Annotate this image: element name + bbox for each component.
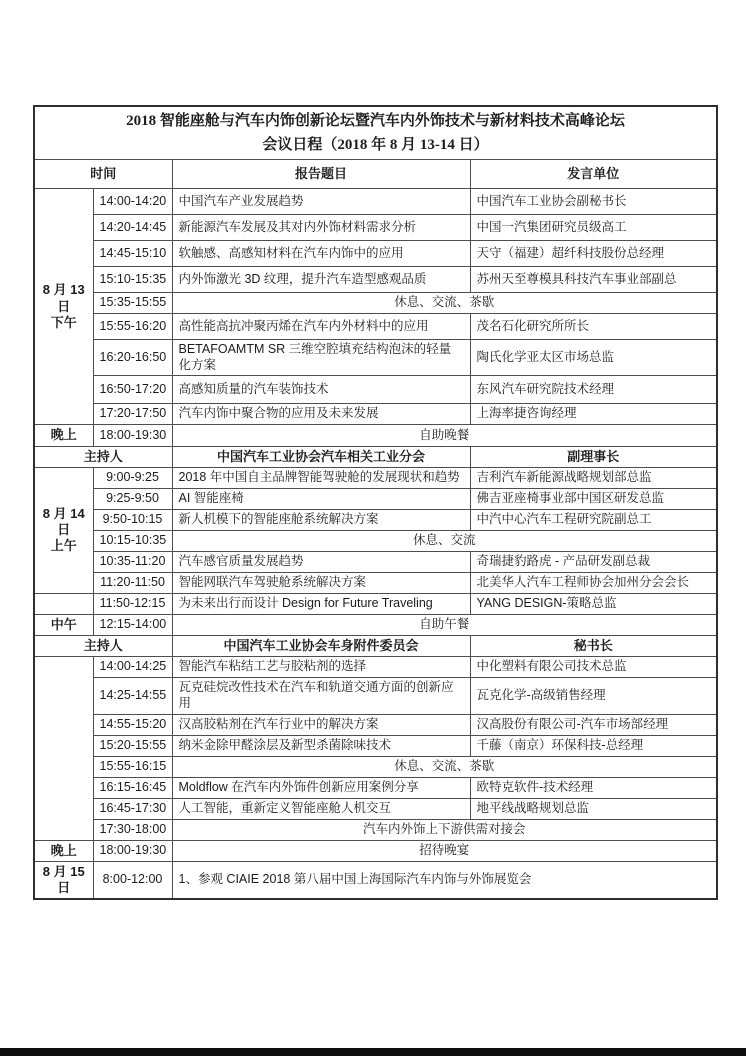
date-cell: 晚上 bbox=[34, 840, 93, 861]
document-page: { "document": { "title_line1": "2018 智能座… bbox=[0, 0, 746, 1056]
time-cell: 11:50-12:15 bbox=[93, 593, 172, 614]
speaker-cell: 欧特克软件-技术经理 bbox=[470, 777, 717, 798]
time-cell: 14:55-15:20 bbox=[93, 714, 172, 735]
time-cell: 18:00-19:30 bbox=[93, 840, 172, 861]
schedule-row: 8 月 13 日 下午14:00-14:20中国汽车产业发展趋势中国汽车工业协会… bbox=[34, 189, 717, 215]
merged-cell: 休息、交流、茶歇 bbox=[172, 293, 717, 314]
merged-cell: 自助午餐 bbox=[172, 614, 717, 635]
speaker-cell: 中国一汽集团研究员级高工 bbox=[470, 215, 717, 241]
time-cell: 18:00-19:30 bbox=[93, 425, 172, 446]
speaker-cell: 茂名石化研究所所长 bbox=[470, 314, 717, 340]
topic-cell: 智能网联汽车驾驶舱系统解决方案 bbox=[172, 572, 470, 593]
time-cell: 16:45-17:30 bbox=[93, 798, 172, 819]
schedule-row: 15:55-16:20高性能高抗冲聚丙烯在汽车内外材料中的应用茂名石化研究所所长 bbox=[34, 314, 717, 340]
schedule-row: 16:20-16:50BETAFOAMTM SR 三维空腔填充结构泡沫的轻量化方… bbox=[34, 340, 717, 376]
date-cell: 晚上 bbox=[34, 425, 93, 446]
schedule-row: 10:35-11:20汽车感官质量发展趋势奇瑞捷豹路虎 - 产品研发副总裁 bbox=[34, 551, 717, 572]
topic-cell: Moldflow 在汽车内外饰件创新应用案例分享 bbox=[172, 777, 470, 798]
speaker-cell: 北美华人汽车工程师协会加州分会会长 bbox=[470, 572, 717, 593]
time-cell: 15:20-15:55 bbox=[93, 735, 172, 756]
schedule-row: 14:55-15:20汉高胶粘剂在汽车行业中的解决方案汉高股份有限公司-汽车市场… bbox=[34, 714, 717, 735]
topic-cell: 软触感、高感知材料在汽车内饰中的应用 bbox=[172, 241, 470, 267]
schedule-row: 15:55-16:15休息、交流、茶歇 bbox=[34, 756, 717, 777]
topic-cell: 汽车内饰中聚合物的应用及未来发展 bbox=[172, 404, 470, 425]
speaker-cell: 中汽中心汽车工程研究院副总工 bbox=[470, 509, 717, 530]
date-cell: 中午 bbox=[34, 614, 93, 635]
schedule-row: 9:25-9:50AI 智能座椅佛吉亚座椅事业部中国区研发总监 bbox=[34, 488, 717, 509]
schedule-row: 14:45-15:10软触感、高感知材料在汽车内饰中的应用天守（福建）超纤科技股… bbox=[34, 241, 717, 267]
topic-cell: 高性能高抗冲聚丙烯在汽车内外材料中的应用 bbox=[172, 314, 470, 340]
speaker-cell: 瓦克化学-高级销售经理 bbox=[470, 678, 717, 714]
moderator-cell: 主持人 bbox=[34, 636, 172, 657]
schedule-row: 14:20-14:45新能源汽车发展及其对内外饰材料需求分析中国一汽集团研究员级… bbox=[34, 215, 717, 241]
bottom-bar bbox=[0, 1048, 746, 1056]
schedule-row: 17:30-18:00汽车内外饰上下游供需对接会 bbox=[34, 819, 717, 840]
merged-cell: 招待晚宴 bbox=[172, 840, 717, 861]
column-header-row: 时间 报告题目 发言单位 bbox=[34, 160, 717, 189]
topic-cell: 中国汽车产业发展趋势 bbox=[172, 189, 470, 215]
date-cell: 8 月 13 日 下午 bbox=[34, 189, 93, 425]
topic-cell: 纳米金除甲醛涂层及新型杀菌除味技术 bbox=[172, 735, 470, 756]
topic-cell: 汉高胶粘剂在汽车行业中的解决方案 bbox=[172, 714, 470, 735]
schedule-row: 10:15-10:35休息、交流 bbox=[34, 530, 717, 551]
topic-cell: 智能汽车粘结工艺与胶粘剂的选择 bbox=[172, 657, 470, 678]
topic-cell: 新能源汽车发展及其对内外饰材料需求分析 bbox=[172, 215, 470, 241]
schedule-row: 中午12:15-14:00自助午餐 bbox=[34, 614, 717, 635]
merged-cell: 1、参观 CIAIE 2018 第八届中国上海国际汽车内饰与外饰展览会 bbox=[172, 861, 717, 899]
schedule-row: 8 月 14 日 上午9:00-9:252018 年中国自主品牌智能驾驶舱的发展… bbox=[34, 467, 717, 488]
column-header-time: 时间 bbox=[34, 160, 172, 189]
topic-cell: AI 智能座椅 bbox=[172, 488, 470, 509]
speaker-cell: 奇瑞捷豹路虎 - 产品研发副总裁 bbox=[470, 551, 717, 572]
schedule-row: 17:20-17:50汽车内饰中聚合物的应用及未来发展上海率捷咨询经理 bbox=[34, 404, 717, 425]
column-header-topic: 报告题目 bbox=[172, 160, 470, 189]
title-row: 2018 智能座舱与汽车内饰创新论坛暨汽车内外饰技术与新材料技术高峰论坛 会议日… bbox=[34, 106, 717, 160]
schedule-row: 16:15-16:45Moldflow 在汽车内外饰件创新应用案例分享欧特克软件… bbox=[34, 777, 717, 798]
schedule-row: 8 月 15 日8:00-12:001、参观 CIAIE 2018 第八届中国上… bbox=[34, 861, 717, 899]
topic-cell: 瓦克硅烷改性技术在汽车和轨道交通方面的创新应用 bbox=[172, 678, 470, 714]
time-cell: 9:50-10:15 bbox=[93, 509, 172, 530]
date-cell bbox=[34, 657, 93, 840]
topic-cell: 人工智能，重新定义智能座舱人机交互 bbox=[172, 798, 470, 819]
moderator-cell: 主持人 bbox=[34, 446, 172, 467]
date-cell: 8 月 14 日 上午 bbox=[34, 467, 93, 593]
schedule-row: 14:00-14:25智能汽车粘结工艺与胶粘剂的选择中化塑料有限公司技术总监 bbox=[34, 657, 717, 678]
time-cell: 17:20-17:50 bbox=[93, 404, 172, 425]
schedule-row: 14:25-14:55瓦克硅烷改性技术在汽车和轨道交通方面的创新应用瓦克化学-高… bbox=[34, 678, 717, 714]
time-cell: 15:55-16:15 bbox=[93, 756, 172, 777]
time-cell: 16:50-17:20 bbox=[93, 376, 172, 404]
speaker-cell: 上海率捷咨询经理 bbox=[470, 404, 717, 425]
time-cell: 15:35-15:55 bbox=[93, 293, 172, 314]
topic-cell: 内外饰激光 3D 纹理，提升汽车造型感观品质 bbox=[172, 267, 470, 293]
schedule-row: 晚上18:00-19:30招待晚宴 bbox=[34, 840, 717, 861]
time-cell: 17:30-18:00 bbox=[93, 819, 172, 840]
schedule-table: 2018 智能座舱与汽车内饰创新论坛暨汽车内外饰技术与新材料技术高峰论坛 会议日… bbox=[33, 105, 718, 900]
merged-cell: 自助晚餐 bbox=[172, 425, 717, 446]
moderator-cell: 中国汽车工业协会汽车相关工业分会 bbox=[172, 446, 470, 467]
time-cell: 16:15-16:45 bbox=[93, 777, 172, 798]
schedule-row: 15:10-15:35内外饰激光 3D 纹理，提升汽车造型感观品质苏州天至尊模具… bbox=[34, 267, 717, 293]
speaker-cell: 佛吉亚座椅事业部中国区研发总监 bbox=[470, 488, 717, 509]
speaker-cell: YANG DESIGN-策略总监 bbox=[470, 593, 717, 614]
schedule-row: 11:20-11:50智能网联汽车驾驶舱系统解决方案北美华人汽车工程师协会加州分… bbox=[34, 572, 717, 593]
topic-cell: 高感知质量的汽车装饰技术 bbox=[172, 376, 470, 404]
speaker-cell: 地平线战略规划总监 bbox=[470, 798, 717, 819]
date-cell: 8 月 15 日 bbox=[34, 861, 93, 899]
schedule-row: 15:20-15:55纳米金除甲醛涂层及新型杀菌除味技术千藤（南京）环保科技-总… bbox=[34, 735, 717, 756]
time-cell: 12:15-14:00 bbox=[93, 614, 172, 635]
schedule-row: 16:50-17:20高感知质量的汽车装饰技术东风汽车研究院技术经理 bbox=[34, 376, 717, 404]
title-line-2: 会议日程（2018 年 8 月 13-14 日） bbox=[45, 133, 706, 157]
schedule-page: 2018 智能座舱与汽车内饰创新论坛暨汽车内外饰技术与新材料技术高峰论坛 会议日… bbox=[33, 105, 716, 900]
topic-cell: BETAFOAMTM SR 三维空腔填充结构泡沫的轻量化方案 bbox=[172, 340, 470, 376]
time-cell: 9:25-9:50 bbox=[93, 488, 172, 509]
merged-cell: 汽车内外饰上下游供需对接会 bbox=[172, 819, 717, 840]
topic-cell: 汽车感官质量发展趋势 bbox=[172, 551, 470, 572]
time-cell: 14:45-15:10 bbox=[93, 241, 172, 267]
time-cell: 10:35-11:20 bbox=[93, 551, 172, 572]
merged-cell: 休息、交流 bbox=[172, 530, 717, 551]
topic-cell: 新人机模下的智能座舱系统解决方案 bbox=[172, 509, 470, 530]
time-cell: 14:25-14:55 bbox=[93, 678, 172, 714]
time-cell: 10:15-10:35 bbox=[93, 530, 172, 551]
conference-title: 2018 智能座舱与汽车内饰创新论坛暨汽车内外饰技术与新材料技术高峰论坛 会议日… bbox=[34, 106, 717, 160]
speaker-cell: 千藤（南京）环保科技-总经理 bbox=[470, 735, 717, 756]
time-cell: 14:00-14:20 bbox=[93, 189, 172, 215]
schedule-row: 15:35-15:55休息、交流、茶歇 bbox=[34, 293, 717, 314]
moderator-cell: 中国汽车工业协会车身附件委员会 bbox=[172, 636, 470, 657]
time-cell: 15:10-15:35 bbox=[93, 267, 172, 293]
speaker-cell: 陶氏化学亚太区市场总监 bbox=[470, 340, 717, 376]
moderator-cell: 秘书长 bbox=[470, 636, 717, 657]
time-cell: 8:00-12:00 bbox=[93, 861, 172, 899]
time-cell: 16:20-16:50 bbox=[93, 340, 172, 376]
schedule-row: 16:45-17:30人工智能，重新定义智能座舱人机交互地平线战略规划总监 bbox=[34, 798, 717, 819]
speaker-cell: 汉高股份有限公司-汽车市场部经理 bbox=[470, 714, 717, 735]
time-cell: 11:20-11:50 bbox=[93, 572, 172, 593]
speaker-cell: 吉利汽车新能源战略规划部总监 bbox=[470, 467, 717, 488]
schedule-row: 11:50-12:15为未来出行而设计 Design for Future Tr… bbox=[34, 593, 717, 614]
schedule-row: 9:50-10:15新人机模下的智能座舱系统解决方案中汽中心汽车工程研究院副总工 bbox=[34, 509, 717, 530]
topic-cell: 为未来出行而设计 Design for Future Traveling bbox=[172, 593, 470, 614]
speaker-cell: 中国汽车工业协会副秘书长 bbox=[470, 189, 717, 215]
column-header-speaker: 发言单位 bbox=[470, 160, 717, 189]
schedule-body: 8 月 13 日 下午14:00-14:20中国汽车产业发展趋势中国汽车工业协会… bbox=[34, 189, 717, 900]
speaker-cell: 天守（福建）超纤科技股份总经理 bbox=[470, 241, 717, 267]
time-cell: 15:55-16:20 bbox=[93, 314, 172, 340]
title-line-1: 2018 智能座舱与汽车内饰创新论坛暨汽车内外饰技术与新材料技术高峰论坛 bbox=[45, 109, 706, 133]
moderator-cell: 副理事长 bbox=[470, 446, 717, 467]
time-cell: 9:00-9:25 bbox=[93, 467, 172, 488]
time-cell: 14:20-14:45 bbox=[93, 215, 172, 241]
speaker-cell: 东风汽车研究院技术经理 bbox=[470, 376, 717, 404]
date-cell bbox=[34, 593, 93, 614]
schedule-row: 主持人中国汽车工业协会汽车相关工业分会副理事长 bbox=[34, 446, 717, 467]
speaker-cell: 苏州天至尊模具科技汽车事业部副总 bbox=[470, 267, 717, 293]
schedule-row: 晚上18:00-19:30自助晚餐 bbox=[34, 425, 717, 446]
time-cell: 14:00-14:25 bbox=[93, 657, 172, 678]
merged-cell: 休息、交流、茶歇 bbox=[172, 756, 717, 777]
topic-cell: 2018 年中国自主品牌智能驾驶舱的发展现状和趋势 bbox=[172, 467, 470, 488]
schedule-row: 主持人中国汽车工业协会车身附件委员会秘书长 bbox=[34, 636, 717, 657]
speaker-cell: 中化塑料有限公司技术总监 bbox=[470, 657, 717, 678]
